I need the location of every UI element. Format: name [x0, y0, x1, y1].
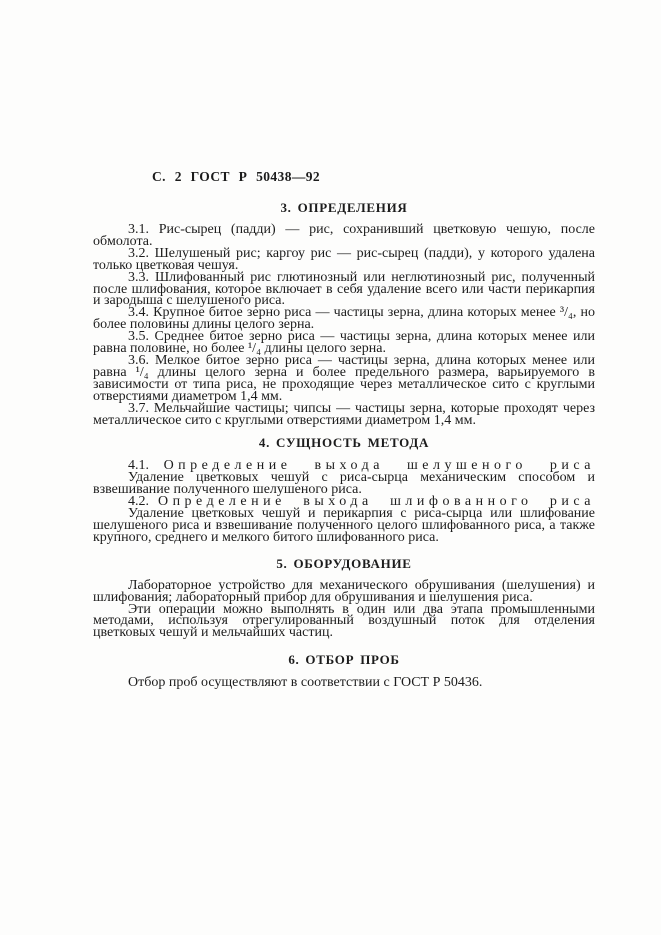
section-title-equipment: 5. ОБОРУДОВАНИЕ — [93, 558, 595, 570]
paragraph-3-1: 3.1. Рис-сырец (падди) — рис, сохранивши… — [93, 224, 595, 248]
paragraph-5-2: Эти операции можно выполнять в один или … — [93, 604, 595, 640]
paragraph-5-1: Лабораторное устройство для механическог… — [93, 580, 595, 604]
section-method-essence: 4. СУЩНОСТЬ МЕТОДА 4.1. Определение выхо… — [93, 437, 595, 543]
paragraph-3-4: 3.4. Крупное битое зерно риса — частицы … — [93, 307, 595, 331]
paragraph-3-2: 3.2. Шелушеный рис; каргоу рис — рис-сыр… — [93, 248, 595, 272]
paragraph-3-7: 3.7. Мельчайшие частицы; чипсы — частицы… — [93, 403, 595, 427]
page-content: С. 2 ГОСТ Р 50438—92 3. ОПРЕДЕЛЕНИЯ 3.1.… — [93, 171, 595, 689]
section-title-sampling: 6. ОТБОР ПРОБ — [93, 654, 595, 666]
paragraph-4-1-body: Удаление цветковых чешуй с риса-сырца ме… — [93, 472, 595, 496]
running-header: С. 2 ГОСТ Р 50438—92 — [93, 171, 595, 183]
paragraph-3-3: 3.3. Шлифованный рис глютинозный или нег… — [93, 272, 595, 308]
section-sampling: 6. ОТБОР ПРОБ Отбор проб осуществляют в … — [93, 654, 595, 689]
section-title-method-essence: 4. СУЩНОСТЬ МЕТОДА — [93, 437, 595, 449]
section-equipment: 5. ОБОРУДОВАНИЕ Лабораторное устройство … — [93, 558, 595, 640]
paragraph-3-6: 3.6. Мелкое битое зерно риса — частицы з… — [93, 355, 595, 403]
paragraph-6-1: Отбор проб осуществляют в соответствии с… — [93, 677, 595, 689]
section-definitions: 3. ОПРЕДЕЛЕНИЯ 3.1. Рис-сырец (падди) — … — [93, 202, 595, 426]
document-page: С. 2 ГОСТ Р 50438—92 3. ОПРЕДЕЛЕНИЯ 3.1.… — [0, 0, 661, 935]
section-title-definitions: 3. ОПРЕДЕЛЕНИЯ — [93, 202, 595, 214]
paragraph-3-5: 3.5. Среднее битое зерно риса — частицы … — [93, 331, 595, 355]
paragraph-4-2-body: Удаление цветковых чешуй и перикарпия с … — [93, 508, 595, 544]
